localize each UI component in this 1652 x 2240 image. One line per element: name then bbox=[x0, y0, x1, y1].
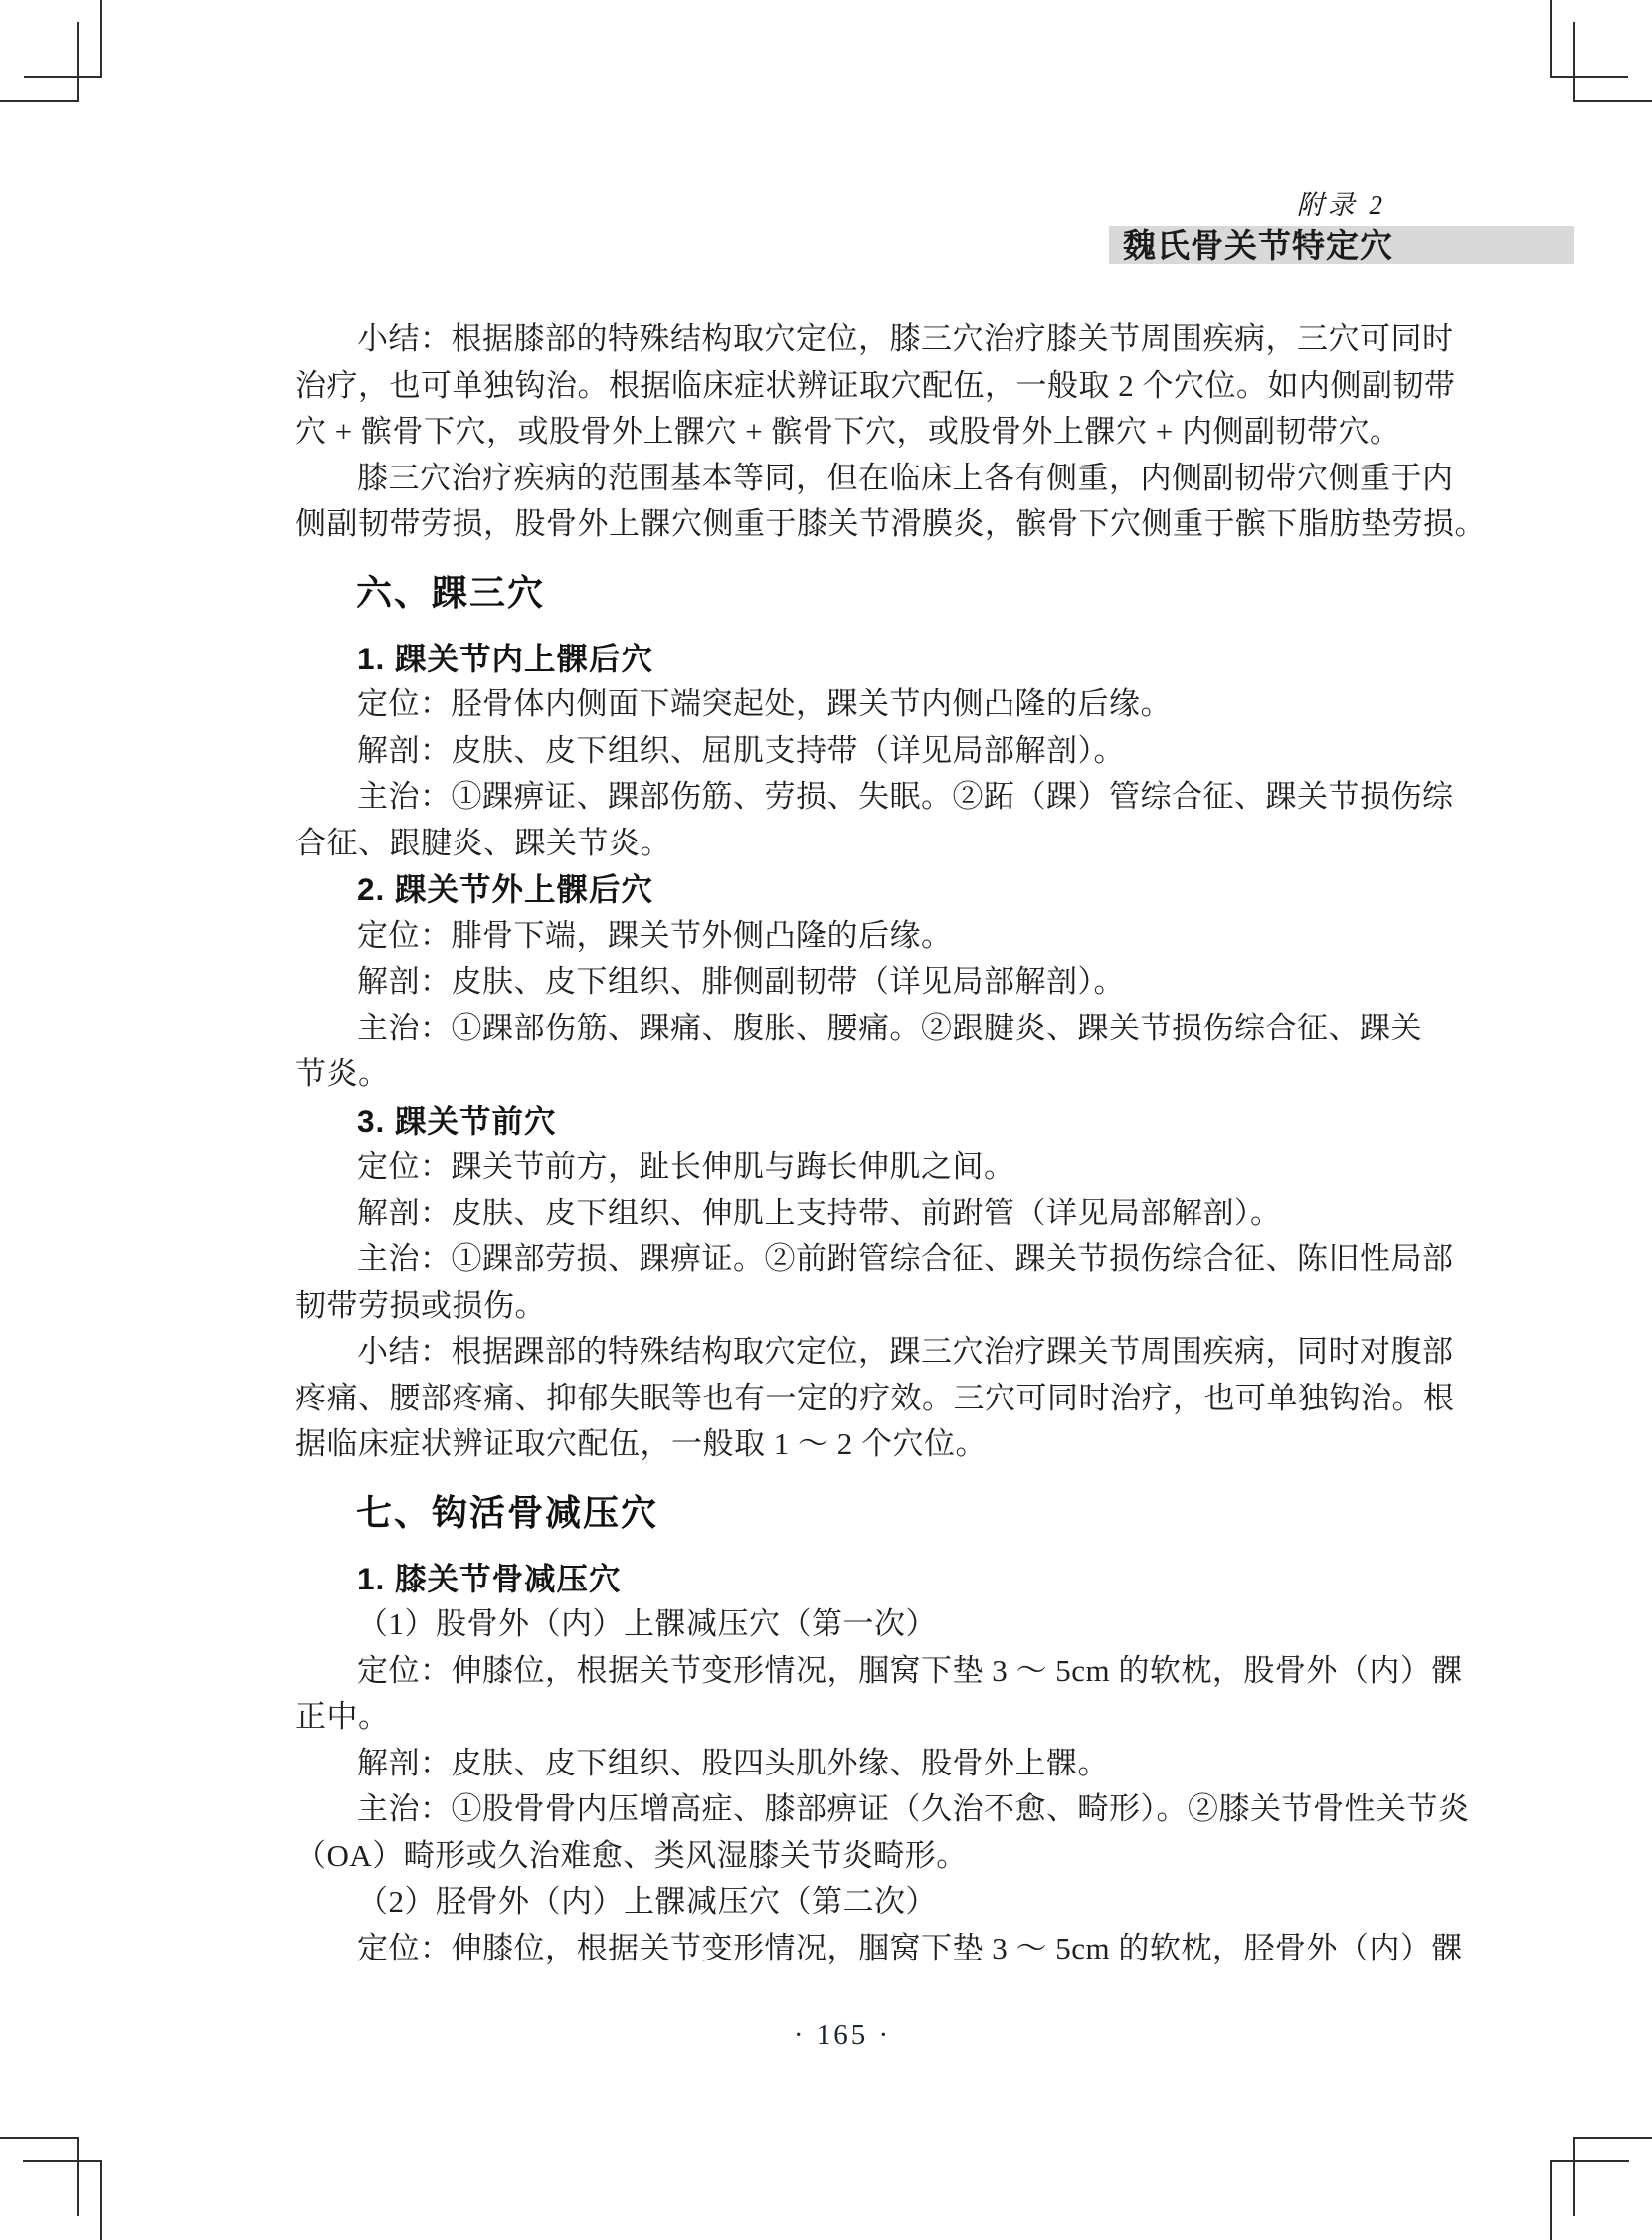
running-head: 附录 2 bbox=[1144, 189, 1386, 221]
crop-mark bbox=[1573, 2137, 1575, 2216]
text-line-anatomy: 解剖：皮肤、皮下组织、伸肌上支持带、前跗管（详见局部解剖）。 bbox=[295, 1191, 1499, 1237]
section-heading-bone-decompression-points: 七、钩活骨减压穴 bbox=[295, 1490, 1499, 1536]
text-line-anatomy: 解剖：皮肤、皮下组织、腓侧副韧带（详见局部解剖）。 bbox=[295, 959, 1499, 1006]
text-line: 疼痛、腰部疼痛、抑郁失眠等也有一定的疗效。三穴可同时治疗，也可单独钩治。根 bbox=[295, 1376, 1499, 1422]
text-line-anatomy: 解剖：皮肤、皮下组织、股四头肌外缘、股骨外上髁。 bbox=[295, 1741, 1499, 1787]
crop-mark bbox=[24, 76, 102, 78]
text-line-location: 定位：腓骨下端，踝关节外侧凸隆的后缘。 bbox=[295, 913, 1499, 960]
crop-mark bbox=[0, 100, 79, 102]
text-line: 小结：根据膝部的特殊结构取穴定位，膝三穴治疗膝关节周围疾病，三穴可同时 bbox=[295, 316, 1499, 363]
crop-mark bbox=[100, 0, 102, 78]
text-line: 侧副韧带劳损，股骨外上髁穴侧重于膝关节滑膜炎，髌骨下穴侧重于髌下脂肪垫劳损。 bbox=[295, 501, 1499, 548]
subsection-heading-knee-decompression-point: 1. 膝关节骨减压穴 bbox=[295, 1556, 1499, 1602]
crop-mark bbox=[0, 2137, 79, 2139]
crop-mark bbox=[1550, 0, 1552, 78]
text-line: 韧带劳损或损伤。 bbox=[295, 1283, 1499, 1330]
crop-mark bbox=[100, 2160, 102, 2240]
crop-mark bbox=[1550, 76, 1628, 78]
text-line-location: 定位：胫骨体内侧面下端突起处，踝关节内侧凸隆的后缘。 bbox=[295, 681, 1499, 728]
text-line: 节炎。 bbox=[295, 1051, 1499, 1098]
text-line: （OA）畸形或久治难愈、类风湿膝关节炎畸形。 bbox=[295, 1833, 1499, 1880]
crop-mark bbox=[1573, 2137, 1652, 2139]
text-line: 合征、跟腱炎、踝关节炎。 bbox=[295, 821, 1499, 867]
text-line-indication: 主治：①股骨骨内压增高症、膝部痹证（久治不愈、畸形）。②膝关节骨性关节炎 bbox=[295, 1786, 1499, 1833]
text-line: 膝三穴治疗疾病的范围基本等同，但在临床上各有侧重，内侧副韧带穴侧重于内 bbox=[295, 456, 1499, 502]
text-block: 小结：根据膝部的特殊结构取穴定位，膝三穴治疗膝关节周围疾病，三穴可同时 治疗，也… bbox=[295, 316, 1499, 1971]
crop-mark bbox=[77, 2137, 79, 2216]
crop-mark bbox=[1550, 2160, 1552, 2240]
text-line-location: 定位：伸膝位，根据关节变形情况，腘窝下垫 3 ～ 5cm 的软枕，股骨外（内）髁 bbox=[295, 1648, 1499, 1695]
text-line-anatomy: 解剖：皮肤、皮下组织、屈肌支持带（详见局部解剖）。 bbox=[295, 728, 1499, 775]
text-line-item: （2）胫骨外（内）上髁减压穴（第二次） bbox=[295, 1879, 1499, 1926]
text-line-summary: 小结：根据踝部的特殊结构取穴定位，踝三穴治疗踝关节周围疾病，同时对腹部 bbox=[295, 1329, 1499, 1376]
text-line-location: 定位：踝关节前方，趾长伸肌与踇长伸肌之间。 bbox=[295, 1144, 1499, 1191]
text-line: 穴 + 髌骨下穴，或股骨外上髁穴 + 髌骨下穴，或股骨外上髁穴 + 内侧副韧带穴… bbox=[295, 409, 1499, 456]
chapter-title-bar: 魏氏骨关节特定穴 bbox=[1109, 226, 1574, 264]
book-page: 附录 2 魏氏骨关节特定穴 小结：根据膝部的特殊结构取穴定位，膝三穴治疗膝关节周… bbox=[0, 0, 1652, 2240]
text-line-indication: 主治：①踝部伤筋、踝痛、腹胀、腰痛。②跟腱炎、踝关节损伤综合征、踝关 bbox=[295, 1006, 1499, 1052]
crop-mark bbox=[1550, 2160, 1629, 2162]
crop-mark bbox=[1573, 22, 1575, 102]
crop-mark bbox=[23, 2160, 102, 2162]
text-line: 据临床症状辨证取穴配伍，一般取 1 ～ 2 个穴位。 bbox=[295, 1421, 1499, 1468]
chapter-title: 魏氏骨关节特定穴 bbox=[1109, 226, 1574, 265]
section-heading-ankle-three-points: 六、踝三穴 bbox=[295, 570, 1499, 616]
text-line: 正中。 bbox=[295, 1694, 1499, 1741]
text-line: 治疗，也可单独钩治。根据临床症状辨证取穴配伍，一般取 2 个穴位。如内侧副韧带 bbox=[295, 363, 1499, 410]
subsection-heading-anterior-ankle-point: 3. 踝关节前穴 bbox=[295, 1098, 1499, 1145]
page-number: · 165 · bbox=[295, 2015, 1389, 2055]
subsection-heading-medial-malleolus-point: 1. 踝关节内上髁后穴 bbox=[295, 636, 1499, 682]
text-line-indication: 主治：①踝部劳损、踝痹证。②前跗管综合征、踝关节损伤综合征、陈旧性局部 bbox=[295, 1236, 1499, 1283]
text-line-location: 定位：伸膝位，根据关节变形情况，腘窝下垫 3 ～ 5cm 的软枕，胫骨外（内）髁 bbox=[295, 1926, 1499, 1972]
subsection-heading-lateral-malleolus-point: 2. 踝关节外上髁后穴 bbox=[295, 866, 1499, 913]
text-line-indication: 主治：①踝痹证、踝部伤筋、劳损、失眠。②跖（踝）管综合征、踝关节损伤综 bbox=[295, 774, 1499, 821]
crop-mark bbox=[1573, 100, 1652, 102]
text-line-item: （1）股骨外（内）上髁减压穴（第一次） bbox=[295, 1601, 1499, 1648]
crop-mark bbox=[77, 22, 79, 102]
